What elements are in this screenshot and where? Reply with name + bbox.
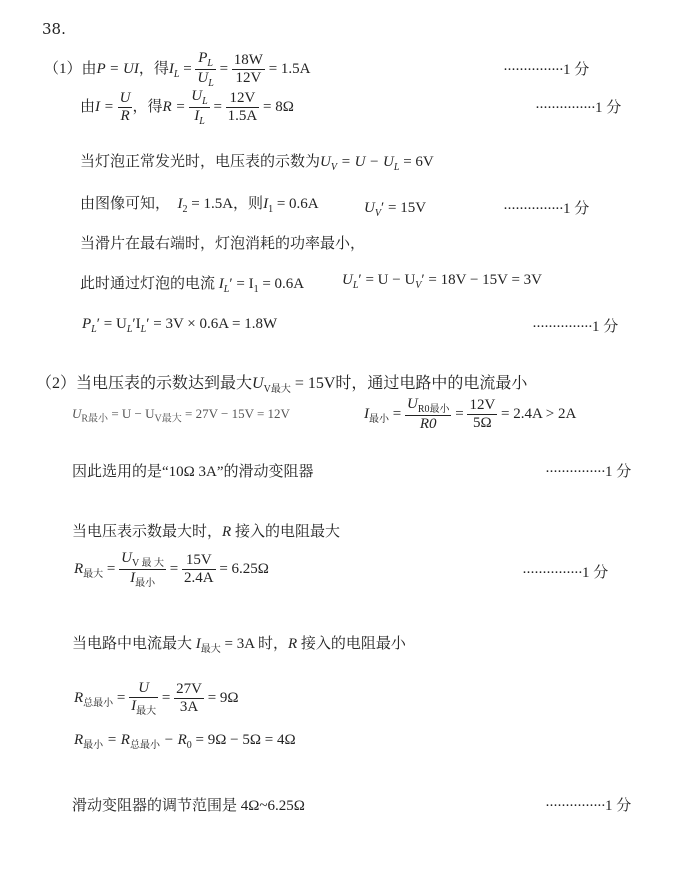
den: 2.4A [182, 570, 216, 587]
num: U [407, 396, 418, 412]
dots: ··············· [503, 62, 563, 78]
text: 由图像可知， [80, 196, 170, 212]
part1-line4: 由图像可知， I2 = 1.5A，则I1 = 0.6A [80, 192, 319, 215]
text: 当电压表示数最大时， [72, 524, 222, 540]
subscript: 总最小 [83, 698, 113, 709]
score-mark: ···············1 分 [535, 96, 621, 117]
formula: R [288, 636, 297, 652]
fraction: ULIL [189, 88, 209, 127]
num: 12V [467, 397, 497, 415]
subscript: L [199, 116, 205, 127]
part2-line6: 当电路中电流最大 I最大 = 3A 时，R 接入的电阻最小 [72, 632, 406, 655]
score-label: 1 分 [595, 100, 621, 116]
text: 当电路中电流最大 [72, 636, 196, 652]
subscript: 最大 [201, 644, 221, 655]
text: = 9Ω − 5Ω = 4Ω [192, 732, 296, 748]
formula: R [74, 690, 83, 706]
part1-line6: 此时通过灯泡的电流 IL′ = I1 = 0.6A [80, 272, 304, 295]
formula: P = UI [97, 61, 139, 77]
formula: U [252, 375, 264, 392]
formula: = U − U [337, 154, 394, 170]
part2-line3: 因此选用的是“10Ω 3A”的滑动变阻器 [72, 460, 314, 481]
den: R [118, 108, 133, 125]
num: 12V [226, 90, 260, 108]
subscript: R0最小 [418, 404, 450, 415]
num: 18W [232, 52, 265, 70]
part2-line1: （2）当电压表的示数达到最大UV最大 = 15V时，通过电路中的电流最小 [36, 370, 527, 395]
score-mark: ···············1 分 [532, 315, 618, 336]
result: = 8Ω [263, 99, 294, 115]
score-label: 1 分 [563, 201, 589, 217]
formula: P [82, 316, 91, 332]
dots: ··············· [522, 565, 582, 581]
text: = 3A 时， [221, 636, 288, 652]
subscript: 最大 [83, 569, 103, 580]
text: 接入的电阻最小 [297, 636, 406, 652]
result: = 1.5A [269, 61, 311, 77]
formula: R [74, 561, 83, 577]
part2-line5: R最大 = UV 最 大I最小 = 15V2.4A = 6.25Ω [74, 550, 269, 589]
part2-line4: 当电压表示数最大时，R 接入的电阻最大 [72, 520, 340, 541]
text: = 1.5A，则 [188, 196, 264, 212]
part1-line5: 当滑片在最右端时，灯泡消耗的功率最小， [80, 232, 365, 253]
text: ′I [132, 316, 140, 332]
part2-line9: 滑动变阻器的调节范围是 4Ω~6.25Ω [72, 794, 305, 815]
text: ′ = 15V [381, 200, 426, 216]
formula: U [320, 154, 331, 170]
dots: ··············· [535, 100, 595, 116]
result: = 2.4A > 2A [501, 406, 576, 422]
fraction: UR0最小R0 [405, 396, 452, 433]
num: 15V [182, 552, 216, 570]
part1-line2: 由I = UR，得R = ULIL = 12V1.5A = 8Ω [80, 88, 294, 127]
dots: ··············· [545, 798, 605, 814]
fraction: 12V5Ω [467, 397, 497, 432]
result: = 6V [399, 154, 433, 170]
fraction: UI最大 [129, 680, 158, 717]
fraction: UR [118, 90, 133, 125]
text: 时，通过电路中的电流最小 [335, 375, 527, 392]
formula: I = [95, 99, 114, 115]
score-mark: ···············1 分 [522, 561, 608, 582]
score-label: 1 分 [582, 565, 608, 581]
text: ，得 [139, 61, 169, 77]
text: ′ = I [229, 276, 253, 292]
score-mark: ···············1 分 [545, 794, 631, 815]
part1-line3: 当灯泡正常发光时，电压表的示数为UV = U − UL = 6V [80, 150, 434, 173]
text: 此时通过灯泡的电流 [80, 276, 219, 292]
formula: − R [160, 732, 187, 748]
subscript: 总最小 [130, 740, 160, 751]
fraction: UV 最 大I最小 [119, 550, 166, 589]
part1-line1: （1）由P = UI，得IL = PLUL = 18W12V = 1.5A [44, 50, 311, 89]
text: ′ = U [97, 316, 127, 332]
score-mark: ···············1 分 [545, 460, 631, 481]
subscript: 最小 [369, 414, 389, 425]
den: U [197, 70, 208, 86]
text: ′ = U − U [358, 272, 415, 288]
formula: = R [103, 732, 130, 748]
text: = 15V [291, 375, 336, 392]
dots: ··············· [532, 319, 592, 335]
part1-line7: PL′ = UL′IL′ = 3V × 0.6A = 1.8W [82, 316, 277, 335]
den: 3A [174, 699, 204, 716]
num: U [118, 90, 133, 108]
subscript: L [174, 69, 180, 80]
text: ′ = 18V − 15V = 3V [421, 272, 542, 288]
part2-line2: UR最小 = U − UV最大 = 27V − 15V = 12V [72, 406, 290, 425]
text: = 0.6A [259, 276, 305, 292]
formula: R [74, 732, 83, 748]
formula: R = [163, 99, 186, 115]
fraction: 12V1.5A [226, 90, 260, 125]
den: 5Ω [467, 415, 497, 432]
text: 当灯泡正常发光时，电压表的示数为 [80, 154, 320, 170]
formula: U [342, 272, 353, 288]
fraction: 15V2.4A [182, 552, 216, 587]
part1-label: （1） [44, 61, 82, 77]
score-mark: ···············1 分 [503, 197, 589, 218]
text: ′ = 3V × 0.6A = 1.8W [146, 316, 277, 332]
part1-line4-uv: UV′ = 15V [364, 200, 426, 219]
dots: ··············· [503, 201, 563, 217]
score-label: 1 分 [605, 798, 631, 814]
num: U [191, 88, 202, 104]
subscript: 最大 [136, 706, 156, 717]
subscript: V最大 [264, 384, 291, 395]
den: R0 [405, 416, 452, 433]
den: 12V [232, 70, 265, 87]
text: 由 [80, 99, 95, 115]
num: U [129, 680, 158, 698]
subscript: R最小 [81, 414, 108, 425]
part2-line8: R最小 = R总最小 − R0 = 9Ω − 5Ω = 4Ω [74, 732, 296, 751]
text: = 0.6A [273, 196, 319, 212]
text: 当电压表的示数达到最大 [76, 375, 252, 392]
subscript: L [202, 96, 208, 107]
num: U [121, 550, 132, 566]
part1-line6-ul: UL′ = U − UV′ = 18V − 15V = 3V [342, 272, 542, 291]
part2-label: （2） [36, 375, 76, 392]
den: 1.5A [226, 108, 260, 125]
text: ，得 [132, 99, 162, 115]
subscript: V最大 [155, 414, 182, 425]
result: = 9Ω [208, 690, 239, 706]
text: 接入的电阻最大 [231, 524, 340, 540]
question-number: 38. [42, 20, 66, 38]
subscript: V 最 大 [132, 558, 164, 569]
formula: U [72, 406, 81, 421]
text: 由 [82, 61, 97, 77]
score-label: 1 分 [563, 62, 589, 78]
subscript: L [207, 58, 213, 69]
formula: U [364, 200, 375, 216]
part2-line2-imin: I最小 = UR0最小R0 = 12V5Ω = 2.4A > 2A [364, 396, 576, 433]
part2-line7: R总最小 = UI最大 = 27V3A = 9Ω [74, 680, 239, 717]
score-label: 1 分 [592, 319, 618, 335]
text: = 27V − 15V = 12V [182, 406, 290, 421]
score-label: 1 分 [605, 464, 631, 480]
text: = U − U [108, 406, 154, 421]
formula: R [222, 524, 231, 540]
score-mark: ···············1 分 [503, 58, 589, 79]
fraction: PLUL [195, 50, 215, 89]
dots: ··············· [545, 464, 605, 480]
fraction: 27V3A [174, 681, 204, 716]
result: = 6.25Ω [219, 561, 269, 577]
subscript: 最小 [135, 578, 155, 589]
subscript: 最小 [83, 740, 103, 751]
num: 27V [174, 681, 204, 699]
fraction: 18W12V [232, 52, 265, 87]
